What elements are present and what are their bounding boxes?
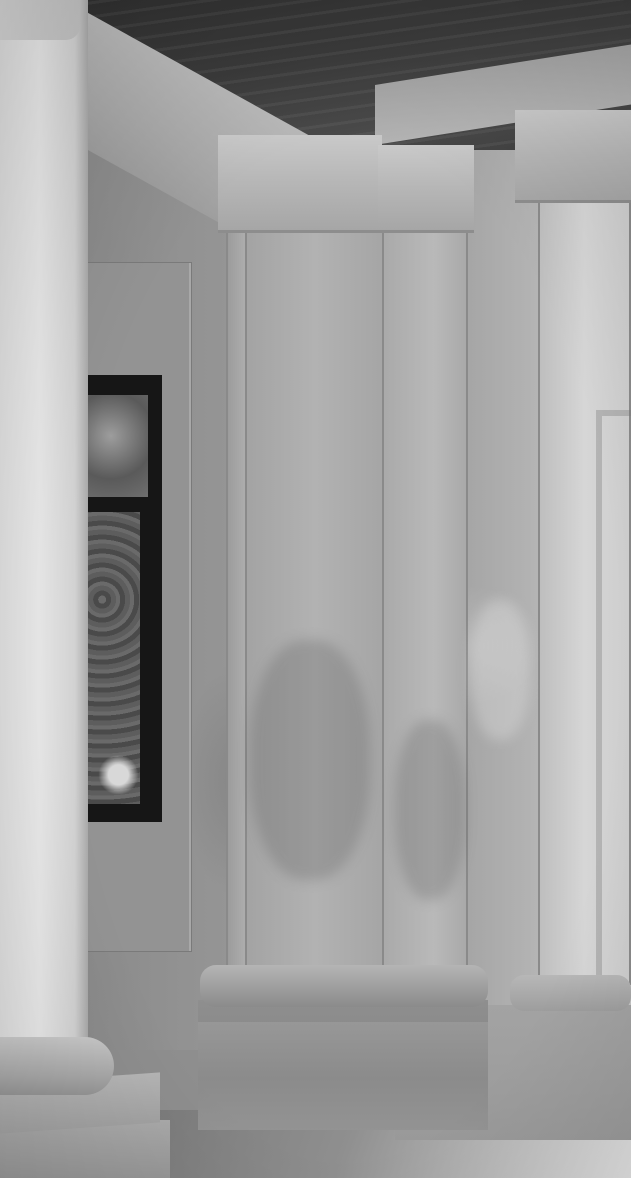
- photo-scene: [0, 0, 631, 1178]
- damp-stain: [250, 640, 370, 880]
- pilaster-capital-main: [218, 135, 382, 233]
- window-pane-top: [86, 395, 148, 497]
- column-capital: [0, 0, 80, 40]
- damp-stain: [395, 720, 465, 900]
- faint-door-outline: [596, 410, 631, 1022]
- window-pane-bottom: [86, 512, 140, 804]
- pilaster-capital-far: [515, 110, 631, 203]
- peeling-plaster: [470, 600, 530, 740]
- pilaster-plinth: [198, 1000, 488, 1130]
- base-moulding-far: [510, 975, 631, 1011]
- base-moulding: [200, 965, 488, 1007]
- column-shaft: [0, 0, 88, 1050]
- column-base-torus: [0, 1037, 114, 1095]
- pilaster-capital-side: [378, 145, 474, 233]
